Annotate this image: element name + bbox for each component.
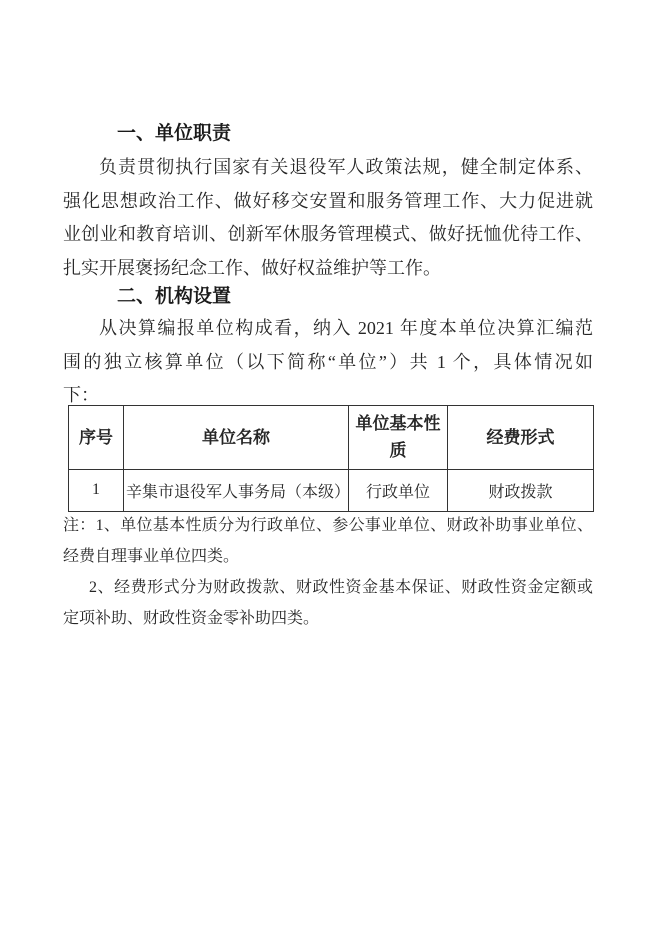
- paragraph-line: 业创业和教育培训、创新军休服务管理模式、做好抚恤优待工作、: [63, 218, 593, 252]
- note-line: 定项补助、财政性资金零补助四类。: [63, 603, 593, 634]
- section-structure-paragraph: 从决算编报单位构成看，纳入 2021 年度本单位决算汇编范 围的独立核算单位（以…: [63, 312, 593, 413]
- paragraph-line: 围的独立核算单位（以下简称“单位”）共 1 个，具体情况如: [63, 346, 593, 380]
- table-notes: 注：1、单位基本性质分为行政单位、参公事业单位、财政补助事业单位、 经费自理事业…: [63, 510, 593, 634]
- paragraph-line: 扎实开展褒扬纪念工作、做好权益维护等工作。: [63, 252, 593, 286]
- units-table: 序号 单位名称 单位基本性质 经费形式 1 辛集市退役军人事务局（本级） 行政单…: [68, 405, 594, 512]
- cell-index: 1: [69, 469, 124, 511]
- document-page: 一、单位职责 负责贯彻执行国家有关退役军人政策法规，健全制定体系、 强化思想政治…: [0, 0, 662, 936]
- cell-funding-form: 财政拨款: [448, 469, 594, 511]
- section-duties-paragraph: 负责贯彻执行国家有关退役军人政策法规，健全制定体系、 强化思想政治工作、做好移交…: [63, 151, 593, 285]
- note-line: 2、经费形式分为财政拨款、财政性资金基本保证、财政性资金定额或: [63, 572, 593, 603]
- header-unit-nature: 单位基本性质: [349, 405, 448, 469]
- table-header-row: 序号 单位名称 单位基本性质 经费形式: [69, 405, 594, 469]
- header-unit-name: 单位名称: [124, 405, 349, 469]
- note-line: 经费自理事业单位四类。: [63, 541, 593, 572]
- section-structure-heading: 二、机构设置: [63, 285, 593, 309]
- note-line: 注：1、单位基本性质分为行政单位、参公事业单位、财政补助事业单位、: [63, 510, 593, 541]
- cell-unit-name: 辛集市退役军人事务局（本级）: [124, 469, 349, 511]
- header-funding-form: 经费形式: [448, 405, 594, 469]
- cell-unit-nature: 行政单位: [349, 469, 448, 511]
- paragraph-line: 强化思想政治工作、做好移交安置和服务管理工作、大力促进就: [63, 185, 593, 219]
- paragraph-line: 从决算编报单位构成看，纳入 2021 年度本单位决算汇编范: [63, 312, 593, 346]
- paragraph-line: 负责贯彻执行国家有关退役军人政策法规，健全制定体系、: [63, 151, 593, 185]
- table-row: 1 辛集市退役军人事务局（本级） 行政单位 财政拨款: [69, 469, 594, 511]
- header-index: 序号: [69, 405, 124, 469]
- section-duties-heading: 一、单位职责: [63, 122, 593, 146]
